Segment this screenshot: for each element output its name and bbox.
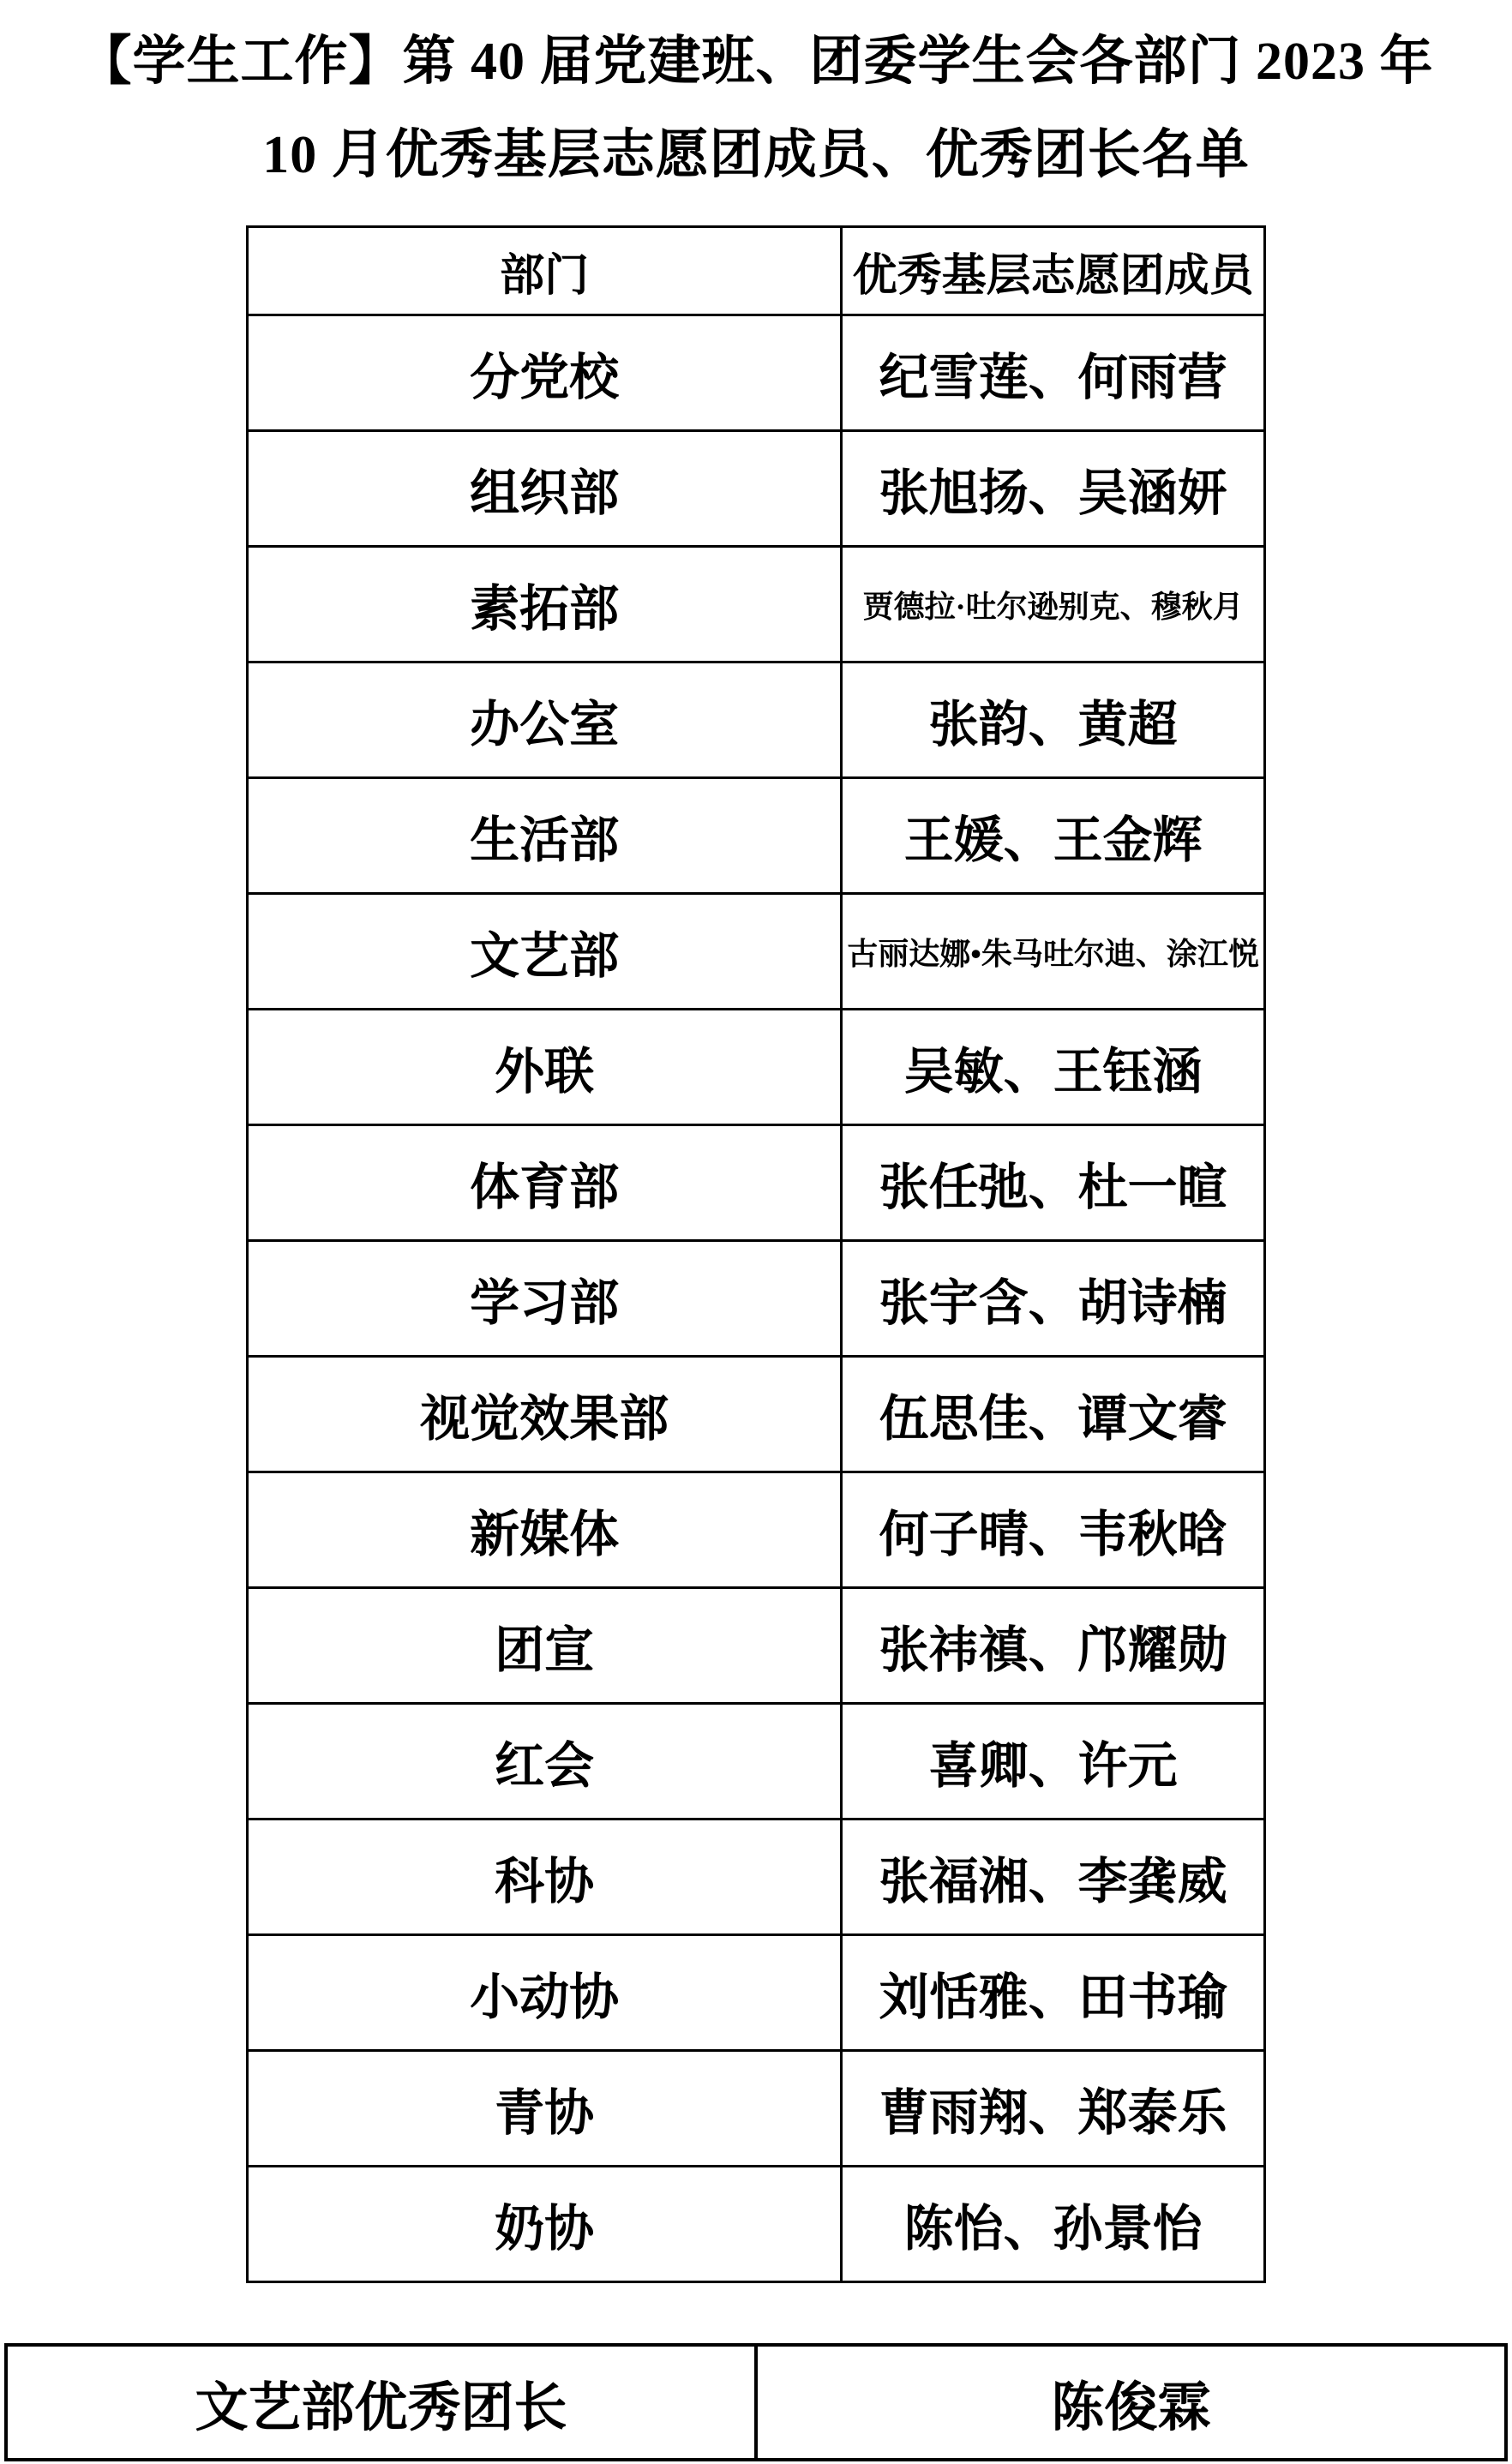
table-row: 红会 喜卿、许元: [248, 1704, 1265, 1820]
table-row: 办公室 张韵、黄超: [248, 662, 1265, 778]
department-cell: 办公室: [248, 662, 842, 778]
members-cell: 曹雨翔、郑泰乐: [842, 2051, 1265, 2167]
header-members: 优秀基层志愿团成员: [842, 227, 1265, 315]
members-cell: 张任弛、杜一暄: [842, 1125, 1265, 1241]
department-cell: 科协: [248, 1820, 842, 1935]
table-row: 小动协 刘恬雅、田书瑜: [248, 1935, 1265, 2051]
members-cell: 刘恬雅、田书瑜: [842, 1935, 1265, 2051]
members-cell: 张旭扬、吴涵妍: [842, 431, 1265, 547]
table-row: 团宣 张祎禛、邝耀勋: [248, 1588, 1265, 1704]
department-cell: 体育部: [248, 1125, 842, 1241]
table-header-row: 部门 优秀基层志愿团成员: [248, 227, 1265, 315]
department-cell: 视觉效果部: [248, 1357, 842, 1472]
department-cell: 素拓部: [248, 547, 842, 662]
members-cell: 王媛、王金辉: [842, 778, 1265, 894]
table-row: 组织部 张旭扬、吴涵妍: [248, 431, 1265, 547]
department-cell: 红会: [248, 1704, 842, 1820]
members-cell: 张韵、黄超: [842, 662, 1265, 778]
department-cell: 团宣: [248, 1588, 842, 1704]
department-cell: 学习部: [248, 1241, 842, 1357]
table-row: 体育部 张任弛、杜一暄: [248, 1125, 1265, 1241]
members-cell: 张祎禛、邝耀勋: [842, 1588, 1265, 1704]
leader-label-cell: 文艺部优秀团长: [6, 2345, 756, 2460]
leader-name-cell: 陈俊霖: [756, 2345, 1506, 2460]
department-cell: 小动协: [248, 1935, 842, 2051]
title-line-1: 【学生工作】第 40 届党建班、团委学生会各部门 2023 年: [0, 15, 1512, 109]
table-row: 奶协 陈怡、孙景怡: [248, 2167, 1265, 2282]
members-cell: 陈怡、孙景怡: [842, 2167, 1265, 2282]
members-table: 部门 优秀基层志愿团成员 分党校 纪雪莲、何雨营 组织部 张旭扬、吴涵妍 素拓部…: [246, 225, 1266, 2283]
table-row: 文艺部优秀团长 陈俊霖: [6, 2345, 1506, 2460]
department-cell: 组织部: [248, 431, 842, 547]
table-row: 外联 吴敏、王钰涵: [248, 1010, 1265, 1125]
department-cell: 新媒体: [248, 1472, 842, 1588]
header-department: 部门: [248, 227, 842, 315]
outstanding-leader-table: 文艺部优秀团长 陈俊霖: [4, 2343, 1508, 2461]
table-row: 视觉效果部 伍思佳、谭文睿: [248, 1357, 1265, 1472]
table-row: 青协 曹雨翔、郑泰乐: [248, 2051, 1265, 2167]
members-cell: 张福湘、李龚威: [842, 1820, 1265, 1935]
department-cell: 生活部: [248, 778, 842, 894]
department-cell: 奶协: [248, 2167, 842, 2282]
members-cell: 伍思佳、谭文睿: [842, 1357, 1265, 1472]
table-row: 文艺部 古丽达娜•朱马吐尔迪、涂江悦: [248, 894, 1265, 1010]
members-cell: 贾德拉·吐尔逊别克、穆秋月: [842, 547, 1265, 662]
department-cell: 文艺部: [248, 894, 842, 1010]
table-row: 学习部 张宇含、胡诗楠: [248, 1241, 1265, 1357]
title-line-2: 10 月优秀基层志愿团成员、优秀团长名单: [0, 109, 1512, 202]
department-cell: 分党校: [248, 315, 842, 431]
members-cell: 张宇含、胡诗楠: [842, 1241, 1265, 1357]
table-row: 生活部 王媛、王金辉: [248, 778, 1265, 894]
members-cell: 何子晴、韦秋晗: [842, 1472, 1265, 1588]
table-row: 素拓部 贾德拉·吐尔逊别克、穆秋月: [248, 547, 1265, 662]
members-cell: 纪雪莲、何雨营: [842, 315, 1265, 431]
document-title: 【学生工作】第 40 届党建班、团委学生会各部门 2023 年 10 月优秀基层…: [0, 0, 1512, 201]
members-cell: 古丽达娜•朱马吐尔迪、涂江悦: [842, 894, 1265, 1010]
table-row: 科协 张福湘、李龚威: [248, 1820, 1265, 1935]
members-cell: 吴敏、王钰涵: [842, 1010, 1265, 1125]
department-cell: 青协: [248, 2051, 842, 2167]
department-cell: 外联: [248, 1010, 842, 1125]
members-cell: 喜卿、许元: [842, 1704, 1265, 1820]
table-row: 新媒体 何子晴、韦秋晗: [248, 1472, 1265, 1588]
table-row: 分党校 纪雪莲、何雨营: [248, 315, 1265, 431]
